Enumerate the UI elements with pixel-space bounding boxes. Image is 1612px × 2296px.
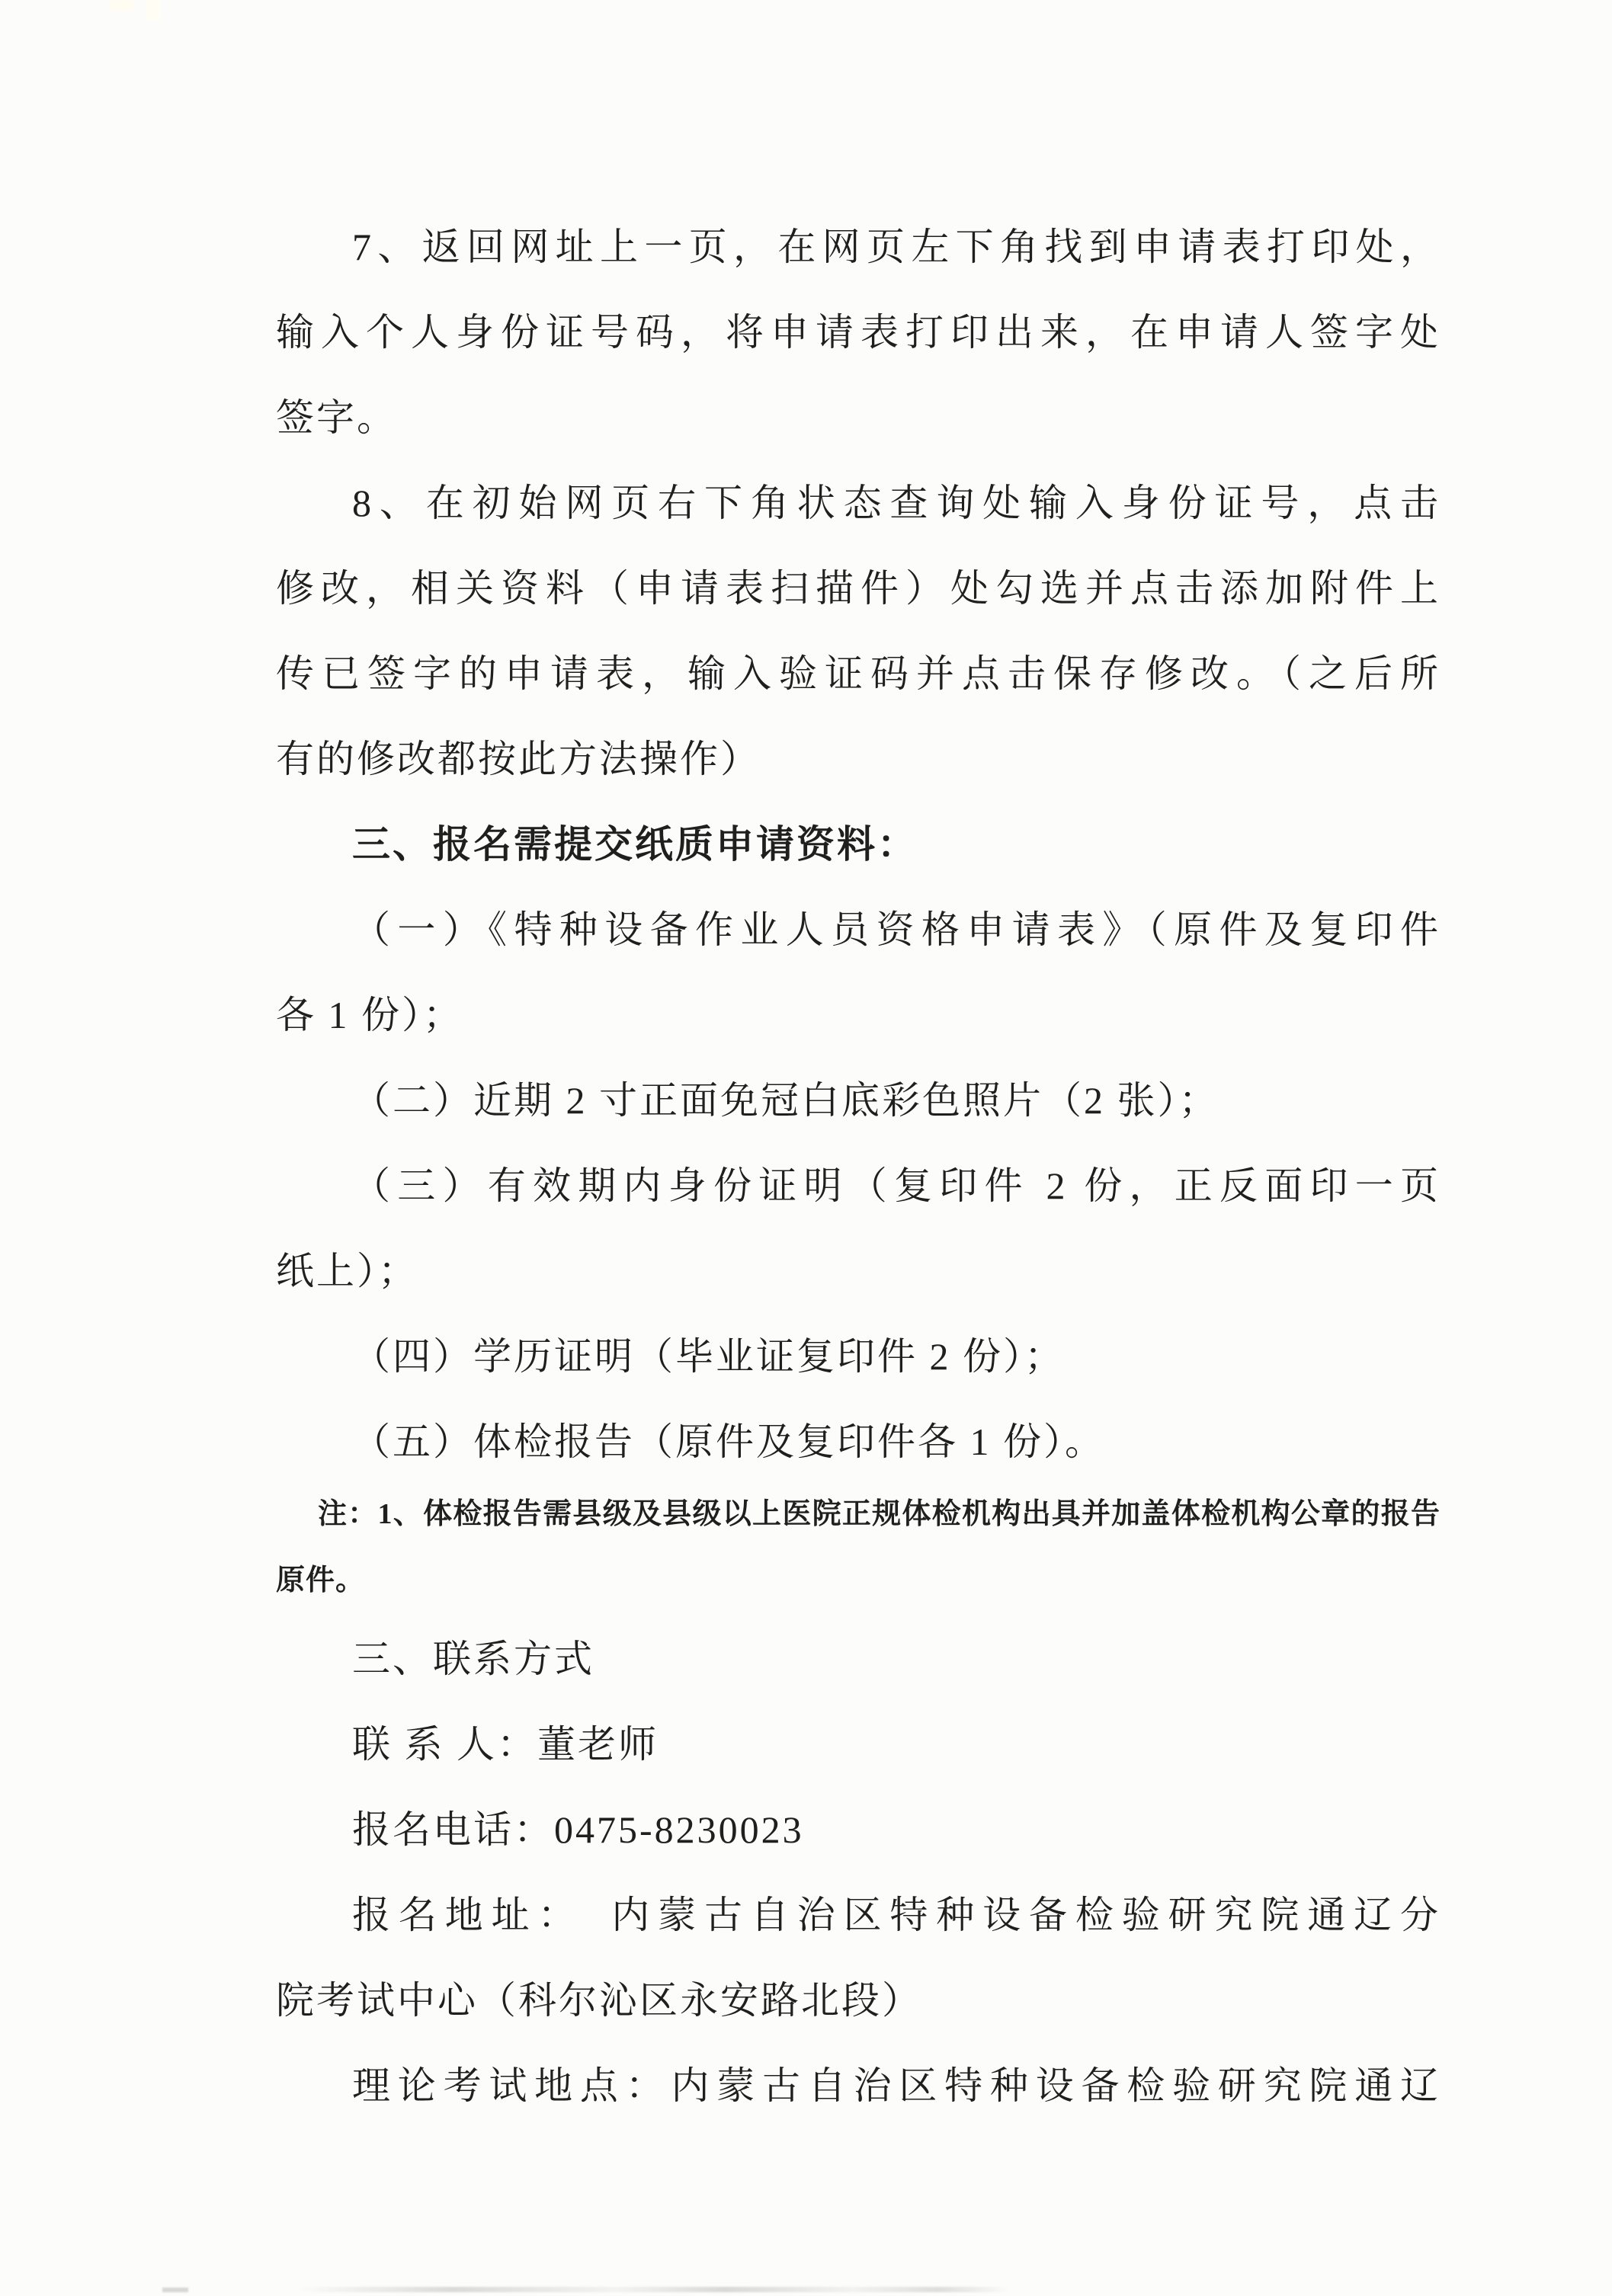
paragraph-7-line: 7、返回网址上一页，在网页左下角找到申请表打印处， [276,204,1441,290]
scan-artifact-top-patch [111,0,133,11]
paragraph-7-line: 输入个人身份证号码，将申请表打印出来，在申请人签字处 [276,290,1441,375]
item-1-line: 各 1 份）； [276,972,1441,1058]
item-3-line: 纸上）； [276,1228,1441,1314]
item-2-line: （二）近期 2 寸正面免冠白底彩色照片（2 张）； [276,1058,1441,1143]
address-line: 院考试中心（科尔沁区永安路北段） [276,1958,1441,2043]
paragraph-8-line: 有的修改都按此方法操作） [276,716,1441,802]
section-heading-contact: 三、联系方式 [276,1616,1441,1702]
paragraph-8-line: 传已签字的申请表，输入验证码并点击保存修改。（之后所 [276,631,1441,716]
address-line: 报名地址： 内蒙古自治区特种设备检验研究院通辽分 [276,1872,1441,1958]
scan-smudge-bottom [297,2287,1010,2292]
document-page: 7、返回网址上一页，在网页左下角找到申请表打印处， 输入个人身份证号码，将申请表… [0,0,1612,2296]
scan-smudge-bottom [162,2288,188,2292]
note-line: 原件。 [276,1545,1441,1616]
exam-location-line: 理论考试地点：内蒙古自治区特种设备检验研究院通辽 [276,2043,1441,2128]
item-5-line: （五）体检报告（原件及复印件各 1 份）。 [276,1399,1441,1484]
note-line: 注：1、体检报告需县级及县级以上医院正规体检机构出具并加盖体检机构公章的报告 [276,1484,1441,1545]
item-4-line: （四）学历证明（毕业证复印件 2 份）； [276,1314,1441,1399]
item-1-line: （一）《特种设备作业人员资格申请表》（原件及复印件 [276,887,1441,972]
contact-person-line: 联 系 人：董老师 [276,1702,1441,1787]
document-text-column: 7、返回网址上一页，在网页左下角找到申请表打印处， 输入个人身份证号码，将申请表… [276,204,1441,2128]
paragraph-8-line: 修改，相关资料（申请表扫描件）处勾选并点击添加附件上 [276,546,1441,631]
item-3-line: （三）有效期内身份证明（复印件 2 份，正反面印一页 [276,1143,1441,1228]
scan-artifact-top-patch [147,0,160,21]
paragraph-8-line: 8、在初始网页右下角状态查询处输入身份证号，点击 [276,460,1441,546]
paragraph-7-line: 签字。 [276,375,1441,460]
phone-line: 报名电话：0475-8230023 [276,1787,1441,1872]
section-heading-materials: 三、报名需提交纸质申请资料： [276,802,1441,887]
